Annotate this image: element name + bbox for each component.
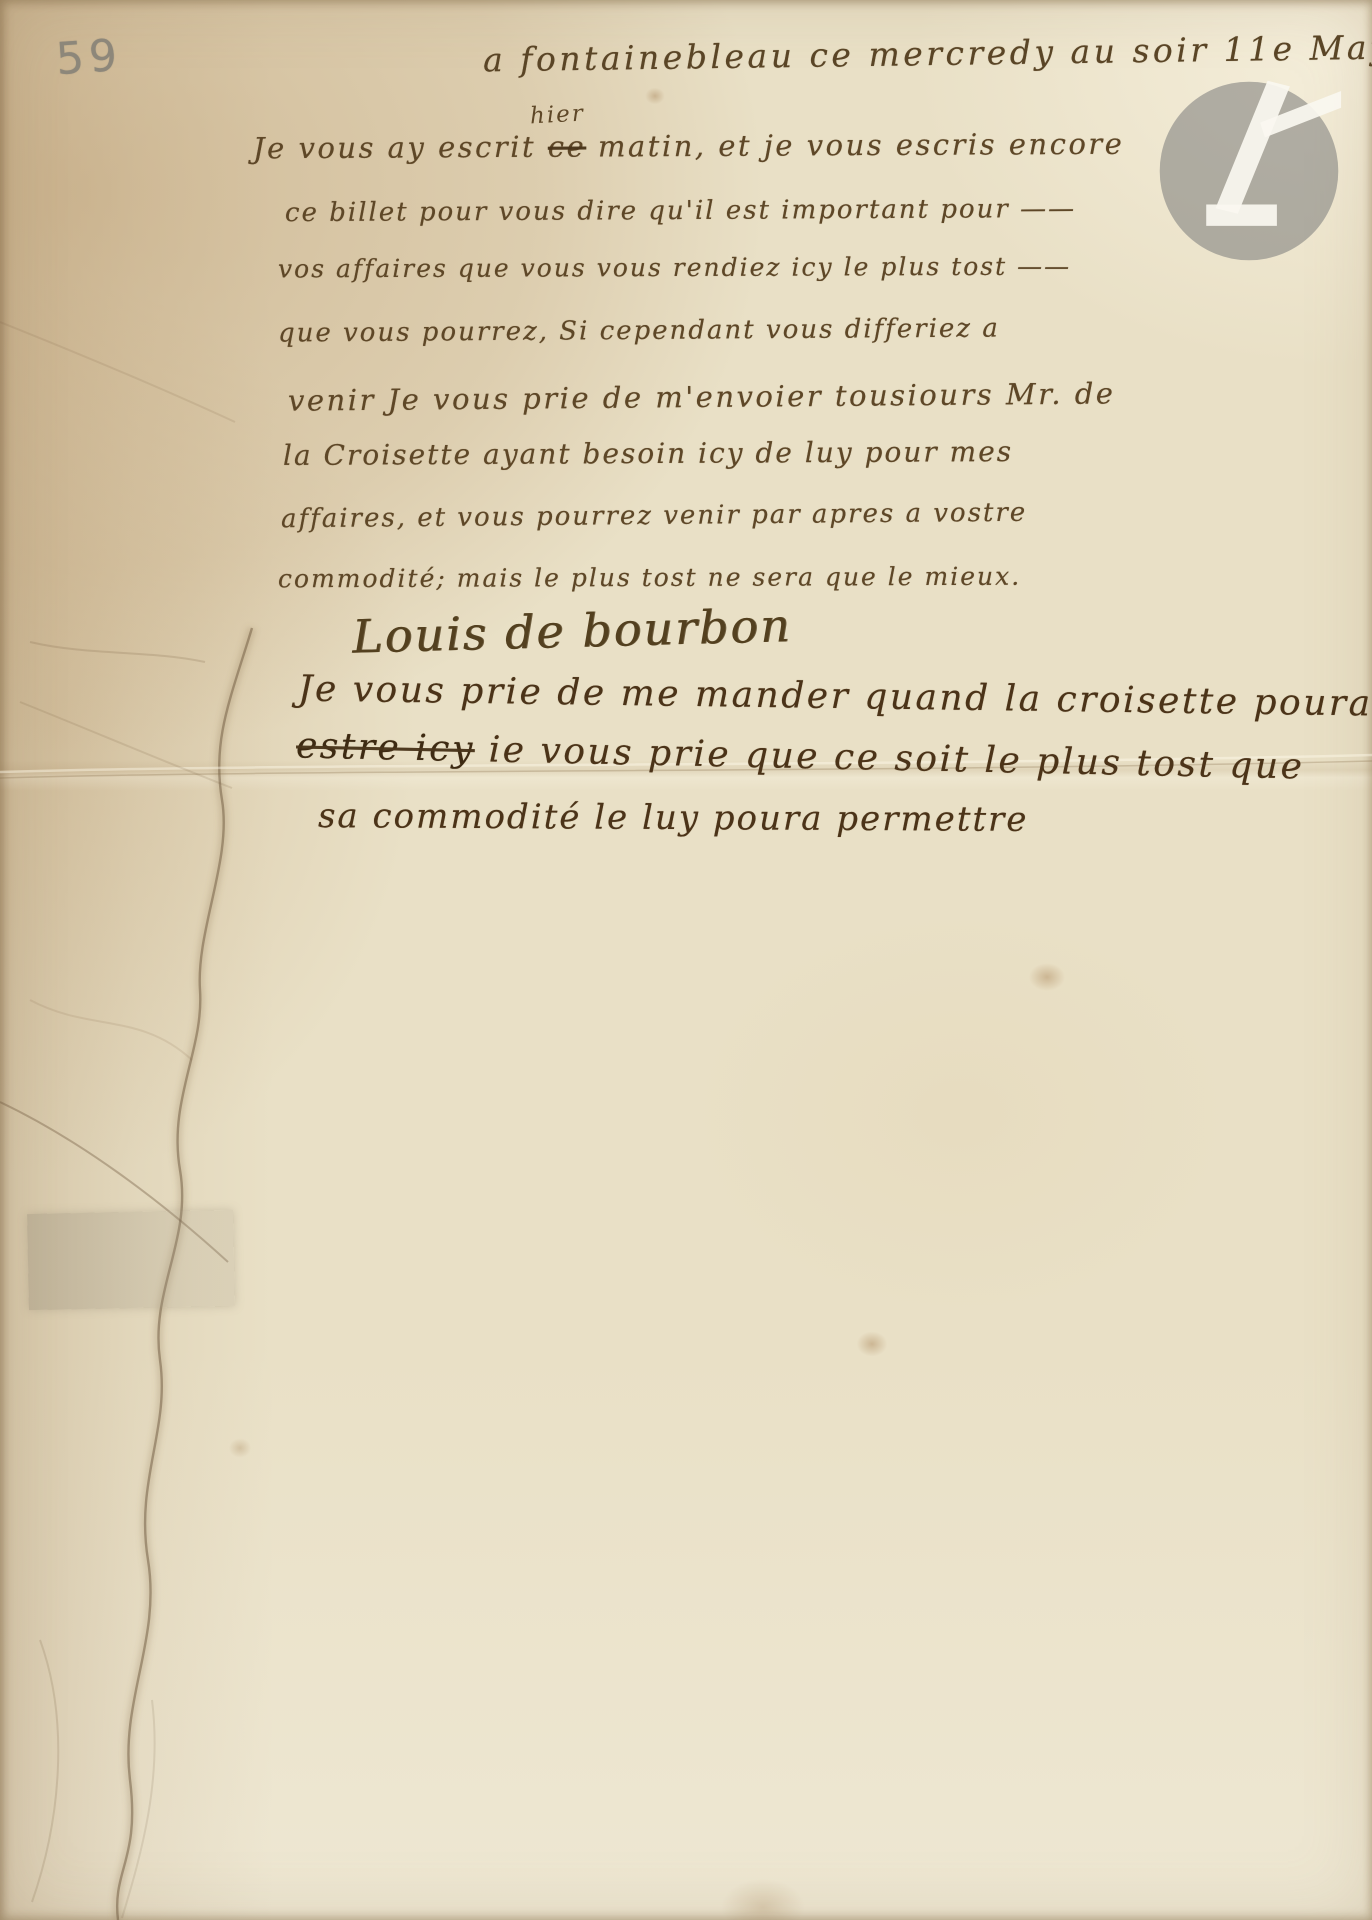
body-line-1-post: matin, et je vous escris encore <box>598 127 1125 164</box>
body-line-8: commodité; mais le plus tost ne sera que… <box>278 562 1021 594</box>
body-line-5: venir Je vous prie de m'envoier tousiour… <box>288 376 1116 417</box>
body-line-3: vos affaires que vous vous rendiez icy l… <box>278 252 1071 284</box>
inventory-number-pencil: 59 <box>54 30 123 85</box>
scanned-letter-page: 59 a fontainebleau ce mercredy au soir 1… <box>0 0 1372 1920</box>
body-line-2: ce billet pour vous dire qu'il est impor… <box>285 194 1076 228</box>
body-line-1: Je vous ay escrit ce matin, et je vous e… <box>253 127 1125 166</box>
body-line-1-pre: Je vous ay escrit <box>253 130 536 165</box>
body-line-4: que vous pourrez, Si cependant vous diff… <box>278 313 1000 348</box>
tape-residue-patch <box>27 1210 235 1310</box>
body-line-1-struck-word: ce <box>548 130 587 164</box>
postscript-line-3: sa commodité le luy poura permettre <box>318 796 1029 840</box>
auction-house-logo-watermark <box>1156 78 1342 264</box>
postscript-struck-words: estre icy <box>296 725 476 770</box>
body-line-6: la Croisette ayant besoin icy de luy pou… <box>283 435 1013 472</box>
paper-background <box>0 0 1372 1920</box>
signature: Louis de bourbon <box>351 598 792 663</box>
interlinear-insertion: hier <box>529 101 585 130</box>
